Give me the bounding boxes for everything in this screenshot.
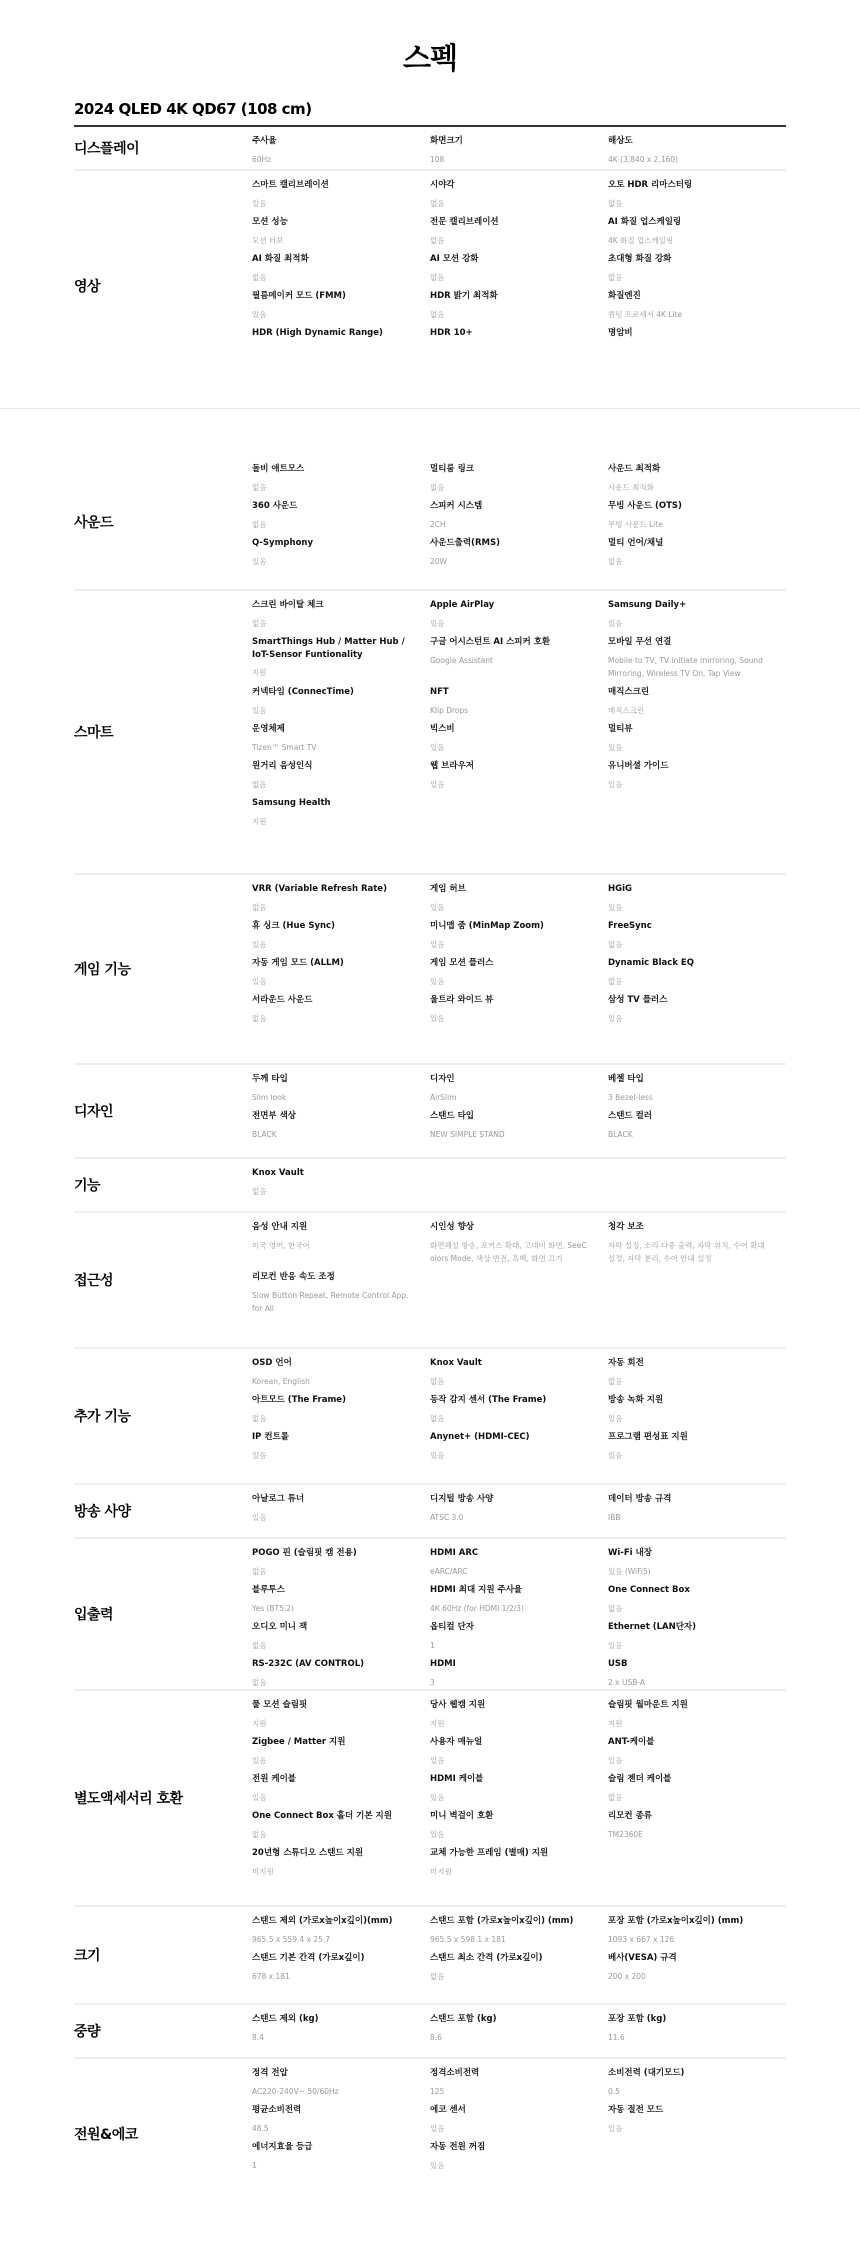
spec-value: 있음 (430, 1754, 590, 1767)
spec-value: 있음 (430, 741, 590, 754)
spec-value: 있음 (608, 1639, 768, 1652)
spec-label: 20년형 스튜디오 스탠드 지원 (252, 1847, 412, 1861)
spec-value: 없음 (252, 1185, 412, 1198)
spec-item: 주사율60Hz (252, 135, 430, 166)
spec-item: 운영체제Tizen™ Smart TV (252, 723, 430, 754)
spec-label: 포장 포함 (kg) (608, 2013, 768, 2027)
model-title: 2024 QLED 4K QD67 (108 cm) (74, 100, 312, 118)
spec-label: 리모컨 반응 속도 조정 (252, 1271, 412, 1285)
spec-item: 에너지효율 등급1 (252, 2141, 430, 2172)
spec-label: 오디오 미니 잭 (252, 1621, 412, 1635)
spec-group-title: 추가 기능 (74, 1406, 130, 1426)
spec-label: 스탠드 포함 (kg) (430, 2013, 590, 2027)
spec-item: 빅스비있음 (430, 723, 608, 754)
spec-label: 울트라 와이드 뷰 (430, 994, 590, 1008)
spec-value: 있음 (252, 555, 412, 568)
spec-item: 청각 보조자막 설정, 소리 다중 출력, 자막 위치, 수어 확대 설정, 자… (608, 1221, 786, 1265)
spec-item: 미니 벽걸이 호환있음 (430, 1810, 608, 1841)
spec-value: 없음 (430, 271, 590, 284)
spec-label: Ethernet (LAN단자) (608, 1621, 768, 1635)
spec-value: 없음 (608, 271, 768, 284)
spec-value: 무빙 사운드 Lite (608, 518, 768, 531)
spec-value: 200 x 200 (608, 1970, 768, 1983)
spec-label: USB (608, 1658, 768, 1672)
spec-value: 있음 (608, 617, 768, 630)
spec-items: 스탠드 제외 (가로x높이x깊이)(mm)965.5 x 559.4 x 25.… (252, 1915, 786, 1989)
spec-value: Slow Button Repeat, Remote Control App. … (252, 1289, 412, 1315)
spec-item: HDMI ARCeARC/ARC (430, 1547, 608, 1578)
spec-item: 삼성 TV 플러스있음 (608, 994, 786, 1025)
spec-item: Wi-Fi 내장있음 (WiFi5) (608, 1547, 786, 1578)
spec-value: 있음 (WiFi5) (608, 1565, 768, 1578)
spec-value: 2CH (430, 518, 590, 531)
spec-item: 슬림 젠더 케이블없음 (608, 1773, 786, 1804)
spec-item: AI 화질 최적화없음 (252, 253, 430, 284)
spec-item: HGiG있음 (608, 883, 786, 914)
spec-label: HGiG (608, 883, 768, 897)
spec-value: 없음 (252, 518, 412, 531)
spec-label: IP 컨트롤 (252, 1431, 412, 1445)
spec-item: 명암비 (608, 327, 786, 345)
spec-item: 전원 케이블있음 (252, 1773, 430, 1804)
spec-item: 정격 전압AC220-240V~ 50/60Hz (252, 2067, 430, 2098)
spec-item: IP 컨트롤있음 (252, 1431, 430, 1462)
spec-group: 입출력POGO 핀 (슬림핏 캠 전용)없음HDMI ARCeARC/ARCWi… (74, 1539, 786, 1691)
spec-group-title: 방송 사양 (74, 1501, 130, 1521)
spec-group: 접근성음성 안내 지원미국 영어, 한국어시인성 향상화면해설 방송, 포커스 … (74, 1213, 786, 1349)
collapsed-fade (0, 372, 860, 402)
spec-group: 방송 사양아날로그 튜너있음디지털 방송 사양ATSC 3.0데이터 방송 규격… (74, 1485, 786, 1539)
spec-item: 오토 HDR 리마스터링없음 (608, 179, 786, 210)
spec-label: 미니맵 줌 (MinMap Zoom) (430, 920, 590, 934)
spec-label: OSD 언어 (252, 1357, 412, 1371)
spec-item: AI 모션 강화없음 (430, 253, 608, 284)
spec-label: 화질엔진 (608, 290, 768, 304)
spec-value: 965.5 x 559.4 x 25.7 (252, 1933, 412, 1946)
spec-item: 멀티 언어/채널없음 (608, 537, 786, 568)
spec-value: 있음 (252, 1754, 412, 1767)
spec-value: BLACK (252, 1128, 412, 1141)
spec-label: 서라운드 사운드 (252, 994, 412, 1008)
spec-value: 미지원 (252, 1865, 412, 1878)
spec-value: NEW SIMPLE STAND (430, 1128, 590, 1141)
spec-value: 없음 (430, 1375, 590, 1388)
spec-label: HDMI 케이블 (430, 1773, 590, 1787)
spec-value: 3 (430, 1676, 590, 1689)
spec-item: VRR (Variable Refresh Rate)없음 (252, 883, 430, 914)
spec-item: Ethernet (LAN단자)있음 (608, 1621, 786, 1652)
spec-label: 사용자 매뉴얼 (430, 1736, 590, 1750)
spec-group-title: 스마트 (74, 722, 113, 742)
spec-group: 중량스탠드 제외 (kg)8.4스탠드 포함 (kg)8.6포장 포함 (kg)… (74, 2005, 786, 2059)
spec-items: 스탠드 제외 (kg)8.4스탠드 포함 (kg)8.6포장 포함 (kg)11… (252, 2013, 786, 2050)
spec-item: 자동 전원 꺼짐있음 (430, 2141, 608, 2172)
spec-group: 전원&에코정격 전압AC220-240V~ 50/60Hz정격소비전력125소비… (74, 2059, 786, 2209)
spec-value: 없음 (430, 1412, 590, 1425)
spec-item: ANT-케이블있음 (608, 1736, 786, 1767)
spec-value: 2 x USB-A (608, 1676, 768, 1689)
spec-group-title: 입출력 (74, 1604, 113, 1624)
spec-label: RS-232C (AV CONTROL) (252, 1658, 412, 1672)
spec-item: Apple AirPlay있음 (430, 599, 608, 630)
spec-label: 스탠드 포함 (가로x높이x깊이) (mm) (430, 1915, 590, 1929)
spec-label: 음성 안내 지원 (252, 1221, 412, 1235)
spec-item: 스탠드 포함 (가로x높이x깊이) (mm)965.5 x 598.1 x 18… (430, 1915, 608, 1946)
spec-value: 60Hz (252, 153, 412, 166)
spec-value: 없음 (430, 1970, 590, 1983)
spec-item: 스탠드 기본 간격 (가로x깊이)678 x 181 (252, 1952, 430, 1983)
spec-item: 사운드 최적화사운드 최적화 (608, 463, 786, 494)
spec-item: 20년형 스튜디오 스탠드 지원미지원 (252, 1847, 430, 1878)
spec-label: 전면부 색상 (252, 1110, 412, 1124)
spec-label: 프로그램 편성표 지원 (608, 1431, 768, 1445)
spec-item: 돌비 애트모스없음 (252, 463, 430, 494)
spec-value: 없음 (252, 1639, 412, 1652)
spec-value: 있음 (608, 741, 768, 754)
spec-value: 125 (430, 2085, 590, 2098)
spec-label: 디지털 방송 사양 (430, 1493, 590, 1507)
spec-value: 1 (252, 2159, 412, 2172)
spec-item: Dynamic Black EQ없음 (608, 957, 786, 988)
page-title: 스펙 (0, 36, 860, 77)
spec-group: 사운드돌비 애트모스없음멀티룸 링크없음사운드 최적화사운드 최적화360 사운… (74, 455, 786, 591)
spec-label: 구글 어시스턴트 AI 스피커 호환 (430, 636, 590, 650)
spec-item: 자동 절전 모드있음 (608, 2104, 786, 2135)
spec-label: 웹 브라우저 (430, 760, 590, 774)
spec-value: 0.5 (608, 2085, 768, 2098)
spec-item: One Connect Box 홀더 기본 지원없음 (252, 1810, 430, 1841)
spec-label: ANT-케이블 (608, 1736, 768, 1750)
spec-label: 시야각 (430, 179, 590, 193)
spec-label: 소비전력 (대기모드) (608, 2067, 768, 2081)
spec-value: 있음 (608, 901, 768, 914)
spec-value: 678 x 181 (252, 1970, 412, 1983)
spec-items: 돌비 애트모스없음멀티룸 링크없음사운드 최적화사운드 최적화360 사운드없음… (252, 463, 786, 574)
spec-value: 지원 (252, 815, 412, 828)
spec-value: 있음 (608, 778, 768, 791)
spec-item: 스탠드 컬러BLACK (608, 1110, 786, 1141)
spec-item: 당사 웹캠 지원지원 (430, 1699, 608, 1730)
spec-label: 멀티뷰 (608, 723, 768, 737)
spec-value: 있음 (430, 778, 590, 791)
spec-value: 있음 (252, 938, 412, 951)
spec-label: One Connect Box 홀더 기본 지원 (252, 1810, 412, 1824)
spec-item: 동작 감지 센서 (The Frame)없음 (430, 1394, 608, 1425)
spec-label: 게임 허브 (430, 883, 590, 897)
spec-item: 아날로그 튜너있음 (252, 1493, 430, 1524)
spec-label: 스크린 바이탈 체크 (252, 599, 412, 613)
spec-value: 없음 (252, 481, 412, 494)
spec-items: 스마트 캘리브레이션있음시야각없음오토 HDR 리마스터링없음모션 성능모션 터… (252, 179, 786, 351)
spec-item: 디자인AirSlim (430, 1073, 608, 1104)
spec-value: eARC/ARC (430, 1565, 590, 1578)
spec-value: 매직스크린 (608, 704, 768, 717)
spec-group: 디자인두께 타입Slim look디자인AirSlim베젤 타입3 Bezel-… (74, 1065, 786, 1159)
spec-item: 전면부 색상BLACK (252, 1110, 430, 1141)
spec-value: 지원 (252, 666, 412, 679)
spec-items: OSD 언어Korean, EnglishKnox Vault없음자동 회전없음… (252, 1357, 786, 1468)
spec-label: Apple AirPlay (430, 599, 590, 613)
spec-value: IBB (608, 1511, 768, 1524)
spec-item: 시야각없음 (430, 179, 608, 210)
spec-value: Klip Drops (430, 704, 590, 717)
spec-value: 있음 (252, 1449, 412, 1462)
spec-value: Yes (BT5.2) (252, 1602, 412, 1615)
spec-group-title: 기능 (74, 1175, 100, 1195)
spec-item: HDR 밝기 최적화없음 (430, 290, 608, 321)
spec-item: HDMI 케이블있음 (430, 1773, 608, 1804)
spec-value: 없음 (430, 234, 590, 247)
spec-label: 자동 전원 꺼짐 (430, 2141, 590, 2155)
spec-item: HDMI3 (430, 1658, 608, 1689)
spec-value: 있음 (608, 1012, 768, 1025)
spec-item: 휴 싱크 (Hue Sync)있음 (252, 920, 430, 951)
spec-value: 있음 (252, 704, 412, 717)
spec-value: 있음 (608, 1449, 768, 1462)
spec-group: 추가 기능OSD 언어Korean, EnglishKnox Vault없음자동… (74, 1349, 786, 1485)
spec-group-title: 게임 기능 (74, 959, 130, 979)
spec-label: 스마트 캘리브레이션 (252, 179, 412, 193)
spec-label: 시인성 향상 (430, 1221, 590, 1235)
spec-label: Samsung Daily+ (608, 599, 768, 613)
spec-item: 스탠드 포함 (kg)8.6 (430, 2013, 608, 2044)
spec-value: 8.4 (252, 2031, 412, 2044)
spec-label: 데이터 방송 규격 (608, 1493, 768, 1507)
spec-items: 스크린 바이탈 체크없음Apple AirPlay있음Samsung Daily… (252, 599, 786, 834)
spec-value: 없음 (608, 1791, 768, 1804)
spec-label: HDMI 최대 지원 주사율 (430, 1584, 590, 1598)
spec-label: 필름메이커 모드 (FMM) (252, 290, 412, 304)
spec-group-title: 접근성 (74, 1270, 113, 1290)
spec-item: Q-Symphony있음 (252, 537, 430, 568)
spec-value: 퀀텀 프로세서 4K Lite (608, 308, 768, 321)
spec-value: 4K 화질 업스케일링 (608, 234, 768, 247)
spec-label: 무빙 사운드 (OTS) (608, 500, 768, 514)
spec-item: 유니버셜 가이드있음 (608, 760, 786, 791)
spec-item: 서라운드 사운드없음 (252, 994, 430, 1025)
spec-item: 웹 브라우저있음 (430, 760, 608, 791)
spec-label: 스탠드 컬러 (608, 1110, 768, 1124)
spec-label: 전문 캘리브레이션 (430, 216, 590, 230)
spec-item: 소비전력 (대기모드)0.5 (608, 2067, 786, 2098)
spec-value: 없음 (252, 1828, 412, 1841)
spec-item: 구글 어시스턴트 AI 스피커 호환Google Assistant (430, 636, 608, 680)
spec-label: 청각 보조 (608, 1221, 768, 1235)
spec-value: 없음 (608, 975, 768, 988)
spec-item: 두께 타입Slim look (252, 1073, 430, 1104)
spec-label: 삼성 TV 플러스 (608, 994, 768, 1008)
spec-group-title: 중량 (74, 2021, 100, 2041)
spec-label: Samsung Health (252, 797, 412, 811)
spec-item: 아트모드 (The Frame)없음 (252, 1394, 430, 1425)
spec-item: FreeSync없음 (608, 920, 786, 951)
spec-value: Tizen™ Smart TV (252, 741, 412, 754)
spec-value: AC220-240V~ 50/60Hz (252, 2085, 412, 2098)
spec-value: 11.6 (608, 2031, 768, 2044)
spec-item: 스피커 시스템2CH (430, 500, 608, 531)
spec-value: 없음 (252, 271, 412, 284)
spec-label: 스탠드 제외 (가로x높이x깊이)(mm) (252, 1915, 412, 1929)
spec-label: HDR 밝기 최적화 (430, 290, 590, 304)
spec-label: 교체 가능한 프레임 (별매) 지원 (430, 1847, 590, 1861)
spec-value: 미국 영어, 한국어 (252, 1239, 412, 1252)
spec-label: Q-Symphony (252, 537, 412, 551)
spec-label: 전원 케이블 (252, 1773, 412, 1787)
spec-group: 크기스탠드 제외 (가로x높이x깊이)(mm)965.5 x 559.4 x 2… (74, 1907, 786, 2005)
spec-items: 아날로그 튜너있음디지털 방송 사양ATSC 3.0데이터 방송 규격IBB (252, 1493, 786, 1530)
spec-label: AI 모션 강화 (430, 253, 590, 267)
spec-label: 포장 포함 (가로x높이x깊이) (mm) (608, 1915, 768, 1929)
spec-group-title: 전원&에코 (74, 2124, 138, 2144)
spec-item: 스탠드 제외 (kg)8.4 (252, 2013, 430, 2044)
spec-label: 스탠드 기본 간격 (가로x깊이) (252, 1952, 412, 1966)
spec-label: 스피커 시스템 (430, 500, 590, 514)
spec-item: 리모컨 종류TM2360E (608, 1810, 786, 1841)
spec-items: 풀 모션 슬림핏지원당사 웹캠 지원지원슬림핏 월마운트 지원지원Zigbee … (252, 1699, 786, 1884)
spec-value: 있음 (430, 617, 590, 630)
spec-value: 108 (430, 153, 590, 166)
spec-item: 방송 녹화 지원있음 (608, 1394, 786, 1425)
spec-item: 해상도4K (3,840 x 2,160) (608, 135, 786, 166)
spec-label: Anynet+ (HDMI-CEC) (430, 1431, 590, 1445)
spec-value: 있음 (608, 2122, 768, 2135)
spec-group: 스마트스크린 바이탈 체크없음Apple AirPlay있음Samsung Da… (74, 591, 786, 875)
spec-item: 스마트 캘리브레이션있음 (252, 179, 430, 210)
spec-label: 사운드 최적화 (608, 463, 768, 477)
spec-value: BLACK (608, 1128, 768, 1141)
spec-label: 자동 게임 모드 (ALLM) (252, 957, 412, 971)
spec-item: 게임 허브있음 (430, 883, 608, 914)
spec-value: 지원 (252, 1717, 412, 1730)
spec-label: 해상도 (608, 135, 768, 149)
section-divider (0, 408, 860, 409)
spec-item: 매직스크린매직스크린 (608, 686, 786, 717)
spec-label: 돌비 애트모스 (252, 463, 412, 477)
spec-label: HDMI (430, 1658, 590, 1672)
spec-value: Mobile to TV, TV initiate mirroring, Sou… (608, 654, 768, 680)
spec-value: Slim look (252, 1091, 412, 1104)
spec-group-title: 디스플레이 (74, 138, 139, 158)
spec-item: 에코 센서있음 (430, 2104, 608, 2135)
spec-item: Samsung Daily+있음 (608, 599, 786, 630)
spec-value: 있음 (252, 308, 412, 321)
spec-group: 별도액세서리 호환풀 모션 슬림핏지원당사 웹캠 지원지원슬림핏 월마운트 지원… (74, 1691, 786, 1907)
spec-value: 1 (430, 1639, 590, 1652)
spec-label: 사운드출력(RMS) (430, 537, 590, 551)
spec-item: Knox Vault없음 (430, 1357, 608, 1388)
spec-value: 8.6 (430, 2031, 590, 2044)
spec-item: 필름메이커 모드 (FMM)있음 (252, 290, 430, 321)
spec-item: 음성 안내 지원미국 영어, 한국어 (252, 1221, 430, 1265)
spec-label: 자동 회전 (608, 1357, 768, 1371)
spec-item: Anynet+ (HDMI-CEC)있음 (430, 1431, 608, 1462)
spec-label: 미니 벽걸이 호환 (430, 1810, 590, 1824)
spec-group-title: 디자인 (74, 1101, 113, 1121)
spec-item: 평균소비전력48.5 (252, 2104, 430, 2135)
spec-item: Zigbee / Matter 지원있음 (252, 1736, 430, 1767)
spec-label: 풀 모션 슬림핏 (252, 1699, 412, 1713)
spec-label: 두께 타입 (252, 1073, 412, 1087)
spec-label: Dynamic Black EQ (608, 957, 768, 971)
spec-item: 화질엔진퀀텀 프로세서 4K Lite (608, 290, 786, 321)
spec-item: HDMI 최대 지원 주사율4K 60Hz (for HDMI 1/2/3) (430, 1584, 608, 1615)
spec-item: 360 사운드없음 (252, 500, 430, 531)
spec-item: OSD 언어Korean, English (252, 1357, 430, 1388)
spec-value: 있음 (608, 1412, 768, 1425)
spec-label: 매직스크린 (608, 686, 768, 700)
spec-label: Knox Vault (252, 1167, 412, 1181)
spec-value: 없음 (252, 901, 412, 914)
spec-items: Knox Vault없음 (252, 1167, 786, 1204)
spec-value: 없음 (430, 481, 590, 494)
spec-value: 없음 (430, 308, 590, 321)
spec-label: 운영체제 (252, 723, 412, 737)
spec-item: Samsung Health지원 (252, 797, 430, 828)
spec-value: 화면해설 방송, 포커스 확대, 고대비 화면, SeeColors Mode,… (430, 1239, 590, 1265)
spec-value: 48.5 (252, 2122, 412, 2135)
spec-label: 동작 감지 센서 (The Frame) (430, 1394, 590, 1408)
spec-item: 교체 가능한 프레임 (별매) 지원미지원 (430, 1847, 608, 1878)
spec-item: 사운드출력(RMS)20W (430, 537, 608, 568)
spec-value: 모션 터보 (252, 234, 412, 247)
spec-label: 모션 성능 (252, 216, 412, 230)
spec-label: Knox Vault (430, 1357, 590, 1371)
spec-label: 방송 녹화 지원 (608, 1394, 768, 1408)
spec-label: 멀티 언어/채널 (608, 537, 768, 551)
spec-value: 있음 (252, 1791, 412, 1804)
spec-value: 지원 (608, 1717, 768, 1730)
spec-label: 스탠드 최소 간격 (가로x깊이) (430, 1952, 590, 1966)
spec-value: 있음 (430, 1449, 590, 1462)
spec-value: 없음 (608, 1375, 768, 1388)
spec-item: 모바일 무선 연결Mobile to TV, TV initiate mirro… (608, 636, 786, 680)
spec-value: 1093 x 667 x 126 (608, 1933, 768, 1946)
spec-group-title: 크기 (74, 1945, 100, 1965)
spec-value: 없음 (252, 1012, 412, 1025)
spec-item: 원거리 음성인식없음 (252, 760, 430, 791)
spec-label: 옵티컬 단자 (430, 1621, 590, 1635)
spec-item: 자동 회전없음 (608, 1357, 786, 1388)
spec-value: 사운드 최적화 (608, 481, 768, 494)
spec-label: AI 화질 업스케일링 (608, 216, 768, 230)
spec-item: 사용자 매뉴얼있음 (430, 1736, 608, 1767)
spec-label: HDR (High Dynamic Range) (252, 327, 412, 341)
spec-value: 3 Bezel-less (608, 1091, 768, 1104)
spec-item: 게임 모션 플러스있음 (430, 957, 608, 988)
spec-label: 베사(VESA) 규격 (608, 1952, 768, 1966)
spec-item: 리모컨 반응 속도 조정Slow Button Repeat, Remote C… (252, 1271, 430, 1315)
spec-items: 정격 전압AC220-240V~ 50/60Hz정격소비전력125소비전력 (대… (252, 2067, 786, 2178)
spec-group-title: 영상 (74, 276, 100, 296)
spec-label: FreeSync (608, 920, 768, 934)
spec-label: HDR 10+ (430, 327, 590, 341)
spec-value: 있음 (252, 975, 412, 988)
spec-value: 965.5 x 598.1 x 181 (430, 1933, 590, 1946)
spec-label: 에코 센서 (430, 2104, 590, 2118)
spec-label: Wi-Fi 내장 (608, 1547, 768, 1561)
spec-label: NFT (430, 686, 590, 700)
spec-item: 슬림핏 월마운트 지원지원 (608, 1699, 786, 1730)
spec-item: 옵티컬 단자1 (430, 1621, 608, 1652)
spec-label: 휴 싱크 (Hue Sync) (252, 920, 412, 934)
spec-label: 게임 모션 플러스 (430, 957, 590, 971)
spec-item: 오디오 미니 잭없음 (252, 1621, 430, 1652)
spec-value: ATSC 3.0 (430, 1511, 590, 1524)
spec-label: 리모컨 종류 (608, 1810, 768, 1824)
spec-value: 있음 (430, 1791, 590, 1804)
spec-item: 화면크기108 (430, 135, 608, 166)
spec-item: Knox Vault없음 (252, 1167, 430, 1198)
